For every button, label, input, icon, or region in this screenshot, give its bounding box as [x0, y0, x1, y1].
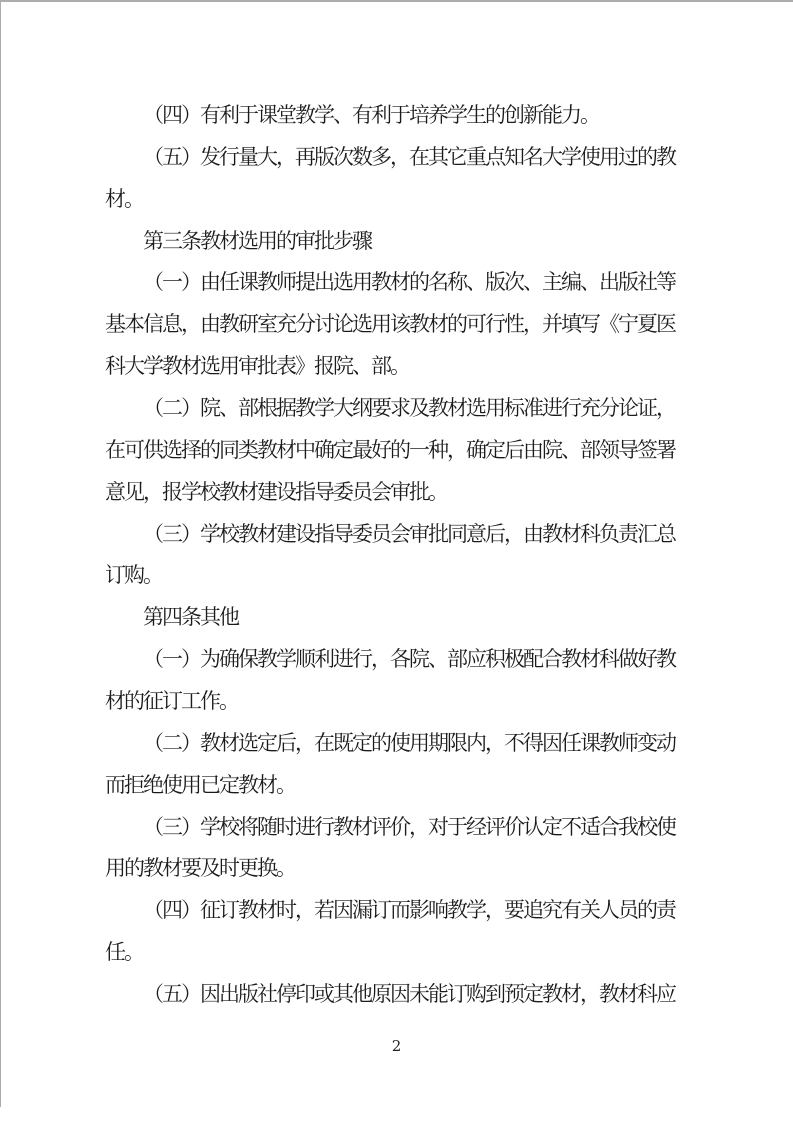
paragraph-article-4-heading: 第四条其他	[105, 597, 683, 639]
paragraph-item-4-benefit: （四）有利于课堂教学、有利于培养学生的创新能力。	[105, 95, 683, 137]
document-page: { "document": { "paragraphs": [ "（四）有利于课…	[0, 0, 793, 1122]
paragraph-article-4-item-2: （二）教材选定后，在既定的使用期限内，不得因任课教师变动而拒绝使用已定教材。	[105, 723, 683, 807]
paragraph-article-4-item-1: （一）为确保教学顺利进行，各院、部应积极配合教材科做好教材的征订工作。	[105, 639, 683, 723]
document-body: （四）有利于课堂教学、有利于培养学生的创新能力。 （五）发行量大，再版次数多，在…	[105, 95, 683, 1016]
page-edge-top-line	[0, 0, 793, 2]
paragraph-article-3-step-2: （二）院、部根据教学大纲要求及教材选用标准进行充分论证，在可供选择的同类教材中确…	[105, 388, 683, 514]
page-edge-left-line	[0, 0, 1, 1107]
paragraph-item-5-circulation: （五）发行量大，再版次数多，在其它重点知名大学使用过的教材。	[105, 137, 683, 221]
page-number: 2	[392, 1037, 402, 1055]
page-footer: 2	[0, 1036, 793, 1056]
paragraph-article-3-heading: 第三条教材选用的审批步骤	[105, 221, 683, 263]
paragraph-article-3-step-3: （三）学校教材建设指导委员会审批同意后，由教材科负责汇总订购。	[105, 514, 683, 598]
paragraph-article-4-item-4: （四）征订教材时，若因漏订而影响教学，要追究有关人员的责任。	[105, 890, 683, 974]
paragraph-article-4-item-3: （三）学校将随时进行教材评价，对于经评价认定不适合我校使用的教材要及时更换。	[105, 807, 683, 891]
paragraph-article-4-item-5: （五）因出版社停印或其他原因未能订购到预定教材，教材科应	[105, 974, 683, 1016]
paragraph-article-3-step-1: （一）由任课教师提出选用教材的名称、版次、主编、出版社等基本信息，由教研室充分讨…	[105, 262, 683, 388]
